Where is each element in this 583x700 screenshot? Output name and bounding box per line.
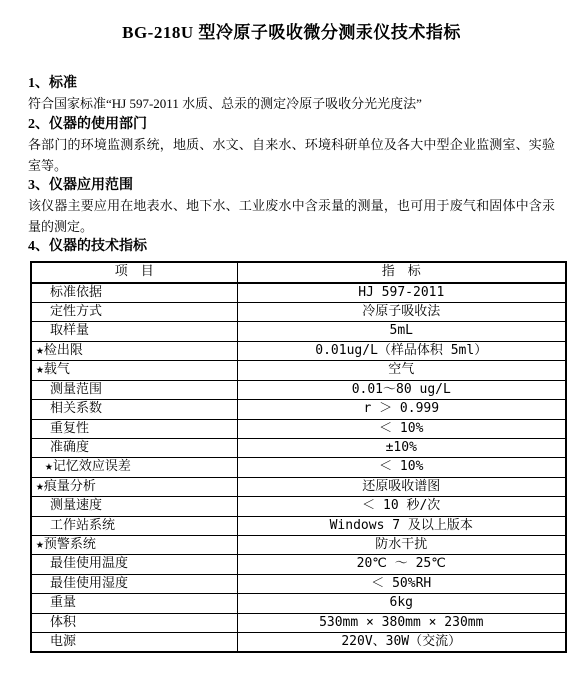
- document-page: BG-218U 型冷原子吸收微分测汞仪技术指标 1、标准 符合国家标准“HJ 5…: [0, 0, 583, 700]
- section-1-paragraph: 符合国家标准“HJ 597-2011 水质、总汞的测定冷原子吸收分光光度法”: [28, 94, 555, 114]
- item-cell: 最佳使用温度: [31, 555, 237, 574]
- item-cell: 定性方式: [31, 303, 237, 322]
- value-cell: Windows 7 及以上版本: [237, 516, 566, 535]
- table-row: 电源220V、30W（交流）: [31, 632, 566, 652]
- spec-table: 项 目 指 标 标准依据HJ 597-2011定性方式冷原子吸收法取样量5mL★…: [30, 261, 567, 654]
- table-row: 工作站系统Windows 7 及以上版本: [31, 516, 566, 535]
- section-3-paragraph: 该仪器主要应用在地表水、地下水、工业废水中含汞量的测量，也可用于废气和固体中含汞…: [28, 196, 555, 237]
- table-row: 相关系数r ＞ 0.999: [31, 400, 566, 419]
- section-2-paragraph: 各部门的环境监测系统，地质、水文、自来水、环境科研单位及各大中型企业监测室、实验…: [28, 135, 555, 176]
- item-cell: 测量速度: [31, 497, 237, 516]
- table-row: ★预警系统防水干扰: [31, 535, 566, 554]
- table-row: 测量范围0.01～80 ug/L: [31, 380, 566, 399]
- table-row: 体积530mm × 380mm × 230mm: [31, 613, 566, 632]
- value-cell: 220V、30W（交流）: [237, 632, 566, 652]
- table-row: 定性方式冷原子吸收法: [31, 303, 566, 322]
- table-row: 重量6kg: [31, 594, 566, 613]
- value-cell: r ＞ 0.999: [237, 400, 566, 419]
- item-cell: 最佳使用湿度: [31, 574, 237, 593]
- item-cell: ★预警系统: [31, 535, 237, 554]
- item-cell: ★记忆效应误差: [31, 458, 237, 477]
- item-cell: 准确度: [31, 438, 237, 457]
- value-cell: 空气: [237, 361, 566, 380]
- value-cell: 530mm × 380mm × 230mm: [237, 613, 566, 632]
- value-cell: ±10%: [237, 438, 566, 457]
- spec-table-body: 标准依据HJ 597-2011定性方式冷原子吸收法取样量5mL★检出限0.01u…: [31, 283, 566, 653]
- value-cell: ＜ 10 秒/次: [237, 497, 566, 516]
- table-row: ★检出限0.01ug/L（样品体积 5ml）: [31, 341, 566, 360]
- table-row: 标准依据HJ 597-2011: [31, 283, 566, 303]
- item-cell: 相关系数: [31, 400, 237, 419]
- value-cell: 0.01～80 ug/L: [237, 380, 566, 399]
- value-cell: 20℃ ～ 25℃: [237, 555, 566, 574]
- value-cell: ＜ 10%: [237, 419, 566, 438]
- value-cell: 6kg: [237, 594, 566, 613]
- item-cell: 测量范围: [31, 380, 237, 399]
- section-4-heading: 4、仪器的技术指标: [28, 237, 555, 257]
- table-header-row: 项 目 指 标: [31, 262, 566, 283]
- item-cell: ★检出限: [31, 341, 237, 360]
- table-row: 最佳使用湿度＜ 50%RH: [31, 574, 566, 593]
- value-cell: 0.01ug/L（样品体积 5ml）: [237, 341, 566, 360]
- section-3-heading: 3、仪器应用范围: [28, 176, 555, 196]
- value-cell: ＜ 50%RH: [237, 574, 566, 593]
- item-cell: 标准依据: [31, 283, 237, 303]
- table-row: 最佳使用温度20℃ ～ 25℃: [31, 555, 566, 574]
- table-header-item: 项 目: [31, 262, 237, 283]
- item-cell: ★痕量分析: [31, 477, 237, 496]
- item-cell: 电源: [31, 632, 237, 652]
- section-2-heading: 2、仪器的使用部门: [28, 115, 555, 135]
- table-row: ★痕量分析还原吸收谱图: [31, 477, 566, 496]
- table-header-value: 指 标: [237, 262, 566, 283]
- value-cell: HJ 597-2011: [237, 283, 566, 303]
- table-row: 准确度±10%: [31, 438, 566, 457]
- value-cell: 防水干扰: [237, 535, 566, 554]
- item-cell: 工作站系统: [31, 516, 237, 535]
- table-row: 取样量5mL: [31, 322, 566, 341]
- table-row: 重复性＜ 10%: [31, 419, 566, 438]
- value-cell: 冷原子吸收法: [237, 303, 566, 322]
- item-cell: 重复性: [31, 419, 237, 438]
- page-title: BG-218U 型冷原子吸收微分测汞仪技术指标: [0, 0, 583, 43]
- section-1-heading: 1、标准: [28, 74, 555, 94]
- table-row: ★载气空气: [31, 361, 566, 380]
- table-row: ★记忆效应误差＜ 10%: [31, 458, 566, 477]
- item-cell: 体积: [31, 613, 237, 632]
- item-cell: 取样量: [31, 322, 237, 341]
- item-cell: 重量: [31, 594, 237, 613]
- item-cell: ★载气: [31, 361, 237, 380]
- value-cell: 还原吸收谱图: [237, 477, 566, 496]
- spec-table-head: 项 目 指 标: [31, 262, 566, 283]
- value-cell: 5mL: [237, 322, 566, 341]
- document-content: 1、标准 符合国家标准“HJ 597-2011 水质、总汞的测定冷原子吸收分光光…: [28, 74, 555, 653]
- value-cell: ＜ 10%: [237, 458, 566, 477]
- table-row: 测量速度＜ 10 秒/次: [31, 497, 566, 516]
